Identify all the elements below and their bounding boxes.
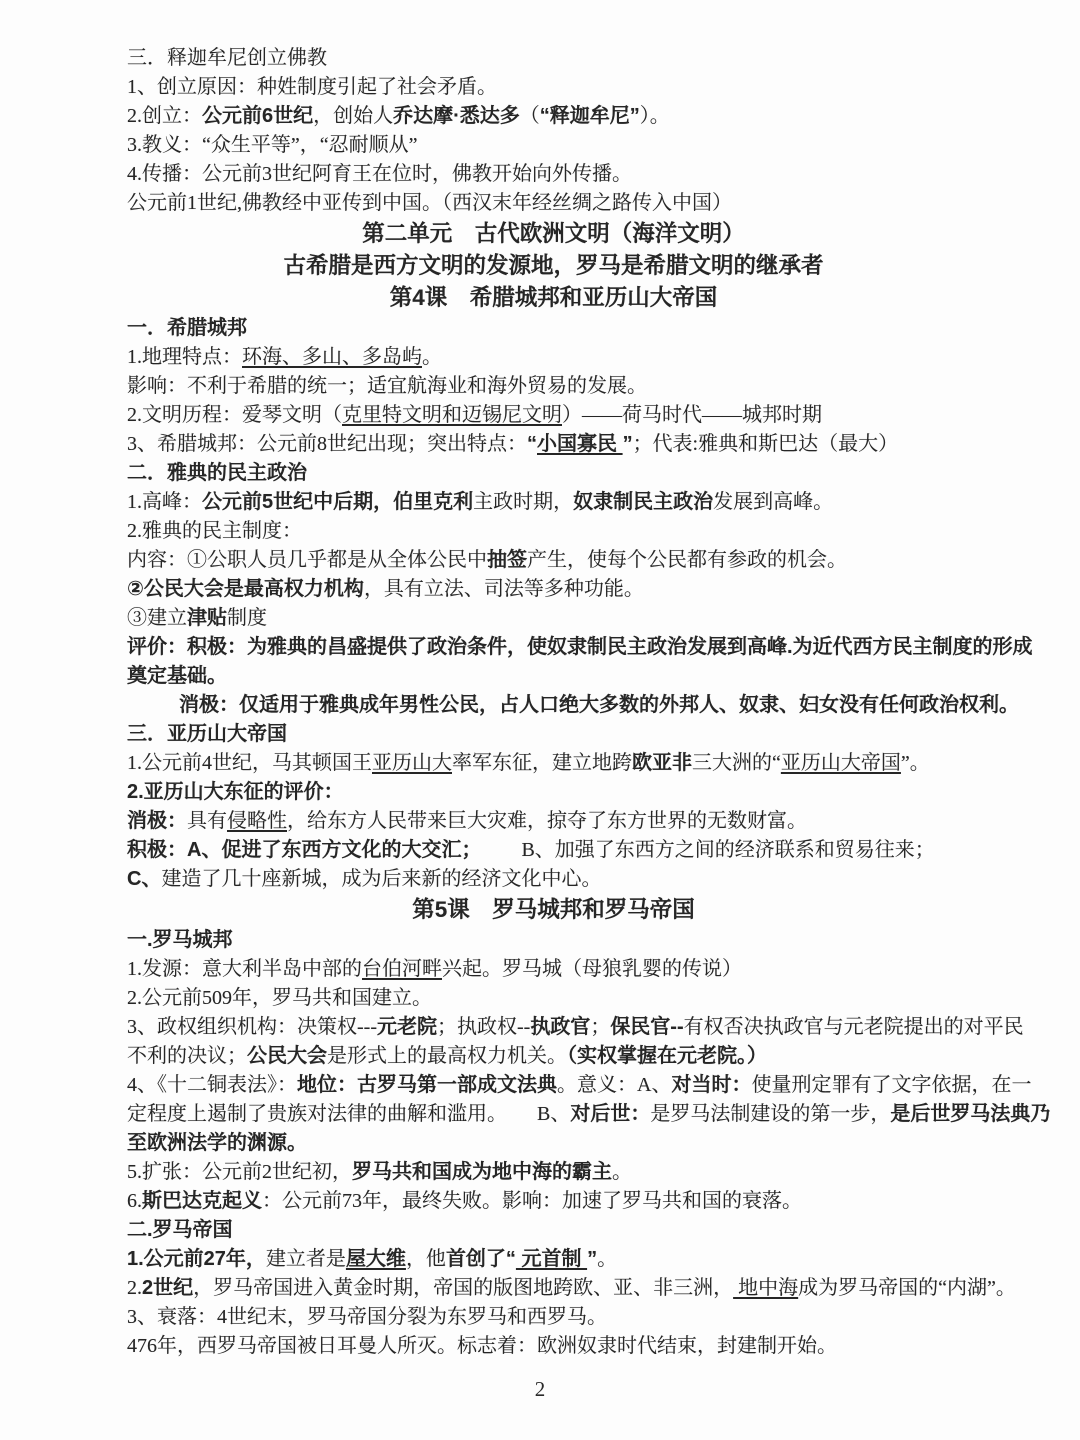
text-run: 产生，使每个公民都有参政的机会。 [527, 549, 847, 571]
text-run: 保民官-- [610, 1016, 683, 1038]
text-run: 至欧洲法学的渊源。 [127, 1132, 307, 1154]
text-run: 消极：仅适用于雅典成年男性公民，占人口绝大多数的外邦人、奴隶、妇女没有任何政治权… [179, 694, 1019, 716]
text-run: 克里特文明和迈锡尼文明 [342, 404, 562, 426]
text-run: 抽签 [487, 549, 527, 571]
text-run: ，他 [406, 1248, 446, 1270]
text-line: 2.亚历山大东征的评价： [127, 778, 980, 807]
text-line: ③建立津贴制度 [127, 604, 980, 633]
text-run: 第5课 罗马城邦和罗马帝国 [412, 897, 695, 922]
text-run: ②公民大会是最高权力机构 [127, 578, 364, 600]
text-run: 制度 [227, 607, 267, 629]
text-run: 5.扩张：公元前2世纪初， [127, 1161, 352, 1183]
text-line: 4.传播：公元前3世纪阿育王在位时，佛教开始向外传播。 [127, 160, 980, 189]
text-line: 一.罗马城邦 [127, 926, 980, 955]
text-run: 。 [597, 1248, 617, 1270]
text-line: 积极：A、促进了东西方文化的大交汇； B、加强了东西方之间的经济联系和贸易往来； [127, 836, 980, 865]
text-run: 3、政权组织机构：决策权--- [127, 1016, 377, 1038]
text-line: C、建造了几十座新城，成为后来新的经济文化中心。 [127, 865, 980, 894]
text-run: ”。 [901, 752, 930, 774]
text-run: 1.发源：意大利半岛中部的 [127, 958, 362, 980]
text-line: 2.2世纪，罗马帝国进入黄金时期，帝国的版图地跨欧、亚、非三洲， 地中海成为罗马… [127, 1274, 980, 1303]
heading-line: 古希腊是西方文明的发源地，罗马是希腊文明的继承者 [127, 250, 980, 282]
text-run: 斯巴达克起义 [142, 1190, 262, 1212]
text-line: 定程度上遏制了贵族对法律的曲解和滥用。 B、对后世：是罗马法制建设的第一步，是后… [127, 1100, 980, 1129]
text-run: ，给东方人民带来巨大灾难，掠夺了东方世界的无数财富。 [287, 810, 807, 832]
text-line: 内容：①公职人员几乎都是从全体公民中抽签产生，使每个公民都有参政的机会。 [127, 546, 980, 575]
text-run: 主政时期， [473, 491, 573, 513]
text-run: ：公元前73年，最终失败。影响：加速了罗马共和国的衰落。 [262, 1190, 802, 1212]
page-footer: 2 [0, 1377, 1080, 1440]
text-run: 成为罗马帝国的“内湖”。 [798, 1277, 1016, 1299]
text-run: 一．希腊城邦 [127, 317, 247, 339]
text-run: 第4课 希腊城邦和亚历山大帝国 [390, 285, 718, 310]
text-line: 2.雅典的民主制度： [127, 517, 980, 546]
text-run: （ [520, 105, 540, 127]
text-run: ，具有立法、司法等多种功能。 [364, 578, 644, 600]
text-run: ；执政权-- [437, 1016, 530, 1038]
heading-line: 第4课 希腊城邦和亚历山大帝国 [127, 282, 980, 314]
text-line: 1.高峰：公元前5世纪中后期，伯里克利主政时期，奴隶制民主政治发展到高峰。 [127, 488, 980, 517]
text-run: 积极：A、促进了东西方文化的大交汇； [127, 839, 481, 861]
text-run: 建造了几十座新城，成为后来新的经济文化中心。 [161, 868, 601, 890]
text-run: 公元前5世纪中后期，伯里克利 [202, 491, 473, 513]
text-run: 乔达摩·悉达多 [393, 105, 520, 127]
text-line: 1.发源：意大利半岛中部的台伯河畔兴起。罗马城（母狼乳婴的传说） [127, 955, 980, 984]
document-page: 三．释迦牟尼创立佛教1、创立原因：种姓制度引起了社会矛盾。2.创立：公元前6世纪… [0, 0, 1080, 1440]
text-line: 6.斯巴达克起义：公元前73年，最终失败。影响：加速了罗马共和国的衰落。 [127, 1187, 980, 1216]
text-run: 率军东征，建立地跨 [452, 752, 632, 774]
text-line: 2.文明历程：爱琴文明（克里特文明和迈锡尼文明）——荷马时代——城邦时期 [127, 401, 980, 430]
text-run: ，罗马帝国进入黄金时期，帝国的版图地跨欧、亚、非三洲， [193, 1277, 733, 1299]
text-line: 3.教义：“众生平等”，“忍耐顺从” [127, 131, 980, 160]
text-run: 兴起。罗马城（母狼乳婴的传说） [442, 958, 742, 980]
text-line: 3、政权组织机构：决策权---元老院；执政权--执政官；保民官--有权否决执政官… [127, 1013, 980, 1042]
text-run: 执政官 [530, 1016, 590, 1038]
text-run: 评价：积极：为雅典的昌盛提供了政治条件，使奴隶制民主政治发展到高峰.为近代西方民… [127, 636, 1033, 658]
text-run: 1.高峰： [127, 491, 202, 513]
text-run: ； [590, 1016, 610, 1038]
text-run: 6. [127, 1190, 142, 1212]
text-line: ②公民大会是最高权力机构，具有立法、司法等多种功能。 [127, 575, 980, 604]
text-run: 奠定基础。 [127, 665, 227, 687]
text-run: 屋大维 [346, 1248, 406, 1270]
text-run: 消极： [127, 810, 187, 832]
text-run: 一.罗马城邦 [127, 929, 233, 951]
text-run: 元老院 [377, 1016, 437, 1038]
document-content: 三．释迦牟尼创立佛教1、创立原因：种姓制度引起了社会矛盾。2.创立：公元前6世纪… [0, 0, 1080, 1361]
text-run: “释迦牟尼” [540, 105, 640, 127]
text-line: 3、衰落：4世纪末，罗马帝国分裂为东罗马和西罗马。 [127, 1303, 980, 1332]
text-run: 2.亚历山大东征的评价： [127, 781, 344, 803]
heading-line: 第5课 罗马城邦和罗马帝国 [127, 894, 980, 926]
text-run: 476年，西罗马帝国被日耳曼人所灭。标志着：欧洲奴隶时代结束，封建制开始。 [127, 1335, 837, 1357]
text-run: 4.传播：公元前3世纪阿育王在位时，佛教开始向外传播。 [127, 163, 632, 185]
text-run: 2.雅典的民主制度： [127, 520, 302, 542]
text-run: 二．雅典的民主政治 [127, 462, 307, 484]
heading-line: 第二单元 古代欧洲文明（海洋文明） [127, 218, 980, 250]
text-run: ）——荷马时代——城邦时期 [562, 404, 822, 426]
text-run: 亚历山大 [372, 752, 452, 774]
text-run: 3.教义：“众生平等”，“忍耐顺从” [127, 134, 418, 156]
text-run: 欧亚非 [632, 752, 692, 774]
text-line: 二.罗马帝国 [127, 1216, 980, 1245]
text-run: 1.地理特点： [127, 346, 242, 368]
text-run: ” [587, 1248, 597, 1270]
text-run: 台伯河畔 [362, 958, 442, 980]
text-line: 2.创立：公元前6世纪，创始人乔达摩·悉达多（“释迦牟尼”）。 [127, 102, 980, 131]
text-run: 罗马共和国成为地中海的霸主 [352, 1161, 612, 1183]
text-run: 具有 [187, 810, 227, 832]
text-run: B、加强了东西方之间的经济联系和贸易往来； [481, 839, 934, 861]
text-line: 至欧洲法学的渊源。 [127, 1129, 980, 1158]
text-run: “ [527, 433, 537, 455]
text-run: 3、希腊城邦：公元前8世纪出现；突出特点： [127, 433, 527, 455]
text-run: 不利的决议； [127, 1045, 247, 1067]
text-line: 一．希腊城邦 [127, 314, 980, 343]
text-run: C、 [127, 868, 161, 890]
text-run: 使量刑定罪有了文字依据，在一 [751, 1074, 1031, 1096]
text-run: 首创了“ [446, 1248, 516, 1270]
text-line: 3、希腊城邦：公元前8世纪出现；突出特点：“小国寡民 ”；代表:雅典和斯巴达（最… [127, 430, 980, 459]
text-line: 影响：不利于希腊的统一；适宜航海业和海外贸易的发展。 [127, 372, 980, 401]
text-line: 消极：具有侵略性，给东方人民带来巨大灾难，掠夺了东方世界的无数财富。 [127, 807, 980, 836]
text-run: 元首制 [516, 1248, 587, 1270]
text-line: 5.扩张：公元前2世纪初，罗马共和国成为地中海的霸主。 [127, 1158, 980, 1187]
text-run: 对当时： [671, 1074, 751, 1096]
text-run: 奴隶制民主政治 [573, 491, 713, 513]
text-run: 二.罗马帝国 [127, 1219, 233, 1241]
text-run: 内容：①公职人员几乎都是从全体公民中 [127, 549, 487, 571]
text-run: 地中海 [733, 1277, 798, 1299]
text-line: 三．释迦牟尼创立佛教 [127, 44, 980, 73]
text-run: 地位：古罗马第一部成文法典 [297, 1074, 557, 1096]
text-run: 。意义：A、 [557, 1074, 671, 1096]
text-run: 影响：不利于希腊的统一；适宜航海业和海外贸易的发展。 [127, 375, 647, 397]
text-run: 小国寡民 [537, 433, 623, 455]
text-line: 奠定基础。 [127, 662, 980, 691]
text-run: 2.文明历程：爱琴文明（ [127, 404, 342, 426]
text-run: 侵略性 [227, 810, 287, 832]
text-line: 二．雅典的民主政治 [127, 459, 980, 488]
text-run: 建立者是 [266, 1248, 346, 1270]
text-run: 1.公元前4世纪，马其顿国王 [127, 752, 372, 774]
text-run: 4、《十二铜表法》： [127, 1074, 297, 1096]
text-run: 是罗马法制建设的第一步， [650, 1103, 890, 1125]
text-run: 3、衰落：4世纪末，罗马帝国分裂为东罗马和西罗马。 [127, 1306, 607, 1328]
text-run: ③建立 [127, 607, 187, 629]
text-run: 2.创立： [127, 105, 202, 127]
text-line: 476年，西罗马帝国被日耳曼人所灭。标志着：欧洲奴隶时代结束，封建制开始。 [127, 1332, 980, 1361]
text-run: 公元前1世纪,佛教经中亚传到中国。（西汉末年经丝绸之路传入中国） [127, 192, 732, 214]
text-run: 定程度上遏制了贵族对法律的曲解和滥用。 B、 [127, 1103, 570, 1125]
text-run: 2世纪 [142, 1277, 193, 1299]
text-run: 2. [127, 1277, 142, 1299]
text-run: 有权否决执政官与元老院提出的对平民 [684, 1016, 1024, 1038]
text-run: ；代表:雅典和斯巴达（最大） [633, 433, 899, 455]
text-run: 对后世： [570, 1103, 650, 1125]
text-line: 1.公元前27年，建立者是屋大维，他首创了“ 元首制 ”。 [127, 1245, 980, 1274]
text-line: 不利的决议；公民大会是形式上的最高权力机关。（实权掌握在元老院。） [127, 1042, 980, 1071]
text-run: 三．亚历山大帝国 [127, 723, 287, 745]
text-run: 古希腊是西方文明的发源地，罗马是希腊文明的继承者 [283, 253, 823, 278]
text-run: 第二单元 古代欧洲文明（海洋文明） [362, 221, 745, 246]
text-run: 公民大会 [247, 1045, 327, 1067]
text-run: 1.公元前27年， [127, 1248, 266, 1270]
text-line: 1.地理特点：环海、多山、多岛屿。 [127, 343, 980, 372]
text-run: 1、创立原因：种姓制度引起了社会矛盾。 [127, 76, 497, 98]
text-run: 公元前6世纪 [202, 105, 313, 127]
text-run: 。 [422, 346, 442, 368]
text-run: 。 [612, 1161, 632, 1183]
text-run: ）。 [640, 105, 670, 127]
text-run: （实权掌握在元老院。） [567, 1045, 767, 1067]
text-run: 发展到高峰。 [713, 491, 833, 513]
text-line: 消极：仅适用于雅典成年男性公民，占人口绝大多数的外邦人、奴隶、妇女没有任何政治权… [127, 691, 980, 720]
text-line: 评价：积极：为雅典的昌盛提供了政治条件，使奴隶制民主政治发展到高峰.为近代西方民… [127, 633, 980, 662]
text-run: ” [623, 433, 633, 455]
text-line: 2.公元前509年，罗马共和国建立。 [127, 984, 980, 1013]
text-run: 环海、多山、多岛屿 [242, 346, 422, 368]
text-line: 1.公元前4世纪，马其顿国王亚历山大率军东征，建立地跨欧亚非三大洲的“亚历山大帝… [127, 749, 980, 778]
text-run: 是后世罗马法典乃 [890, 1103, 1050, 1125]
text-line: 1、创立原因：种姓制度引起了社会矛盾。 [127, 73, 980, 102]
text-run: 三大洲的“ [692, 752, 781, 774]
page-number: 2 [535, 1377, 546, 1401]
text-run: 津贴 [187, 607, 227, 629]
text-run: 是形式上的最高权力机关。 [327, 1045, 567, 1067]
text-run: 2.公元前509年，罗马共和国建立。 [127, 987, 432, 1009]
text-line: 公元前1世纪,佛教经中亚传到中国。（西汉末年经丝绸之路传入中国） [127, 189, 980, 218]
text-line: 三．亚历山大帝国 [127, 720, 980, 749]
text-run: 亚历山大帝国 [781, 752, 901, 774]
text-run: 三．释迦牟尼创立佛教 [127, 47, 327, 69]
text-line: 4、《十二铜表法》：地位：古罗马第一部成文法典。意义：A、对当时：使量刑定罪有了… [127, 1071, 980, 1100]
text-run: ，创始人 [313, 105, 393, 127]
